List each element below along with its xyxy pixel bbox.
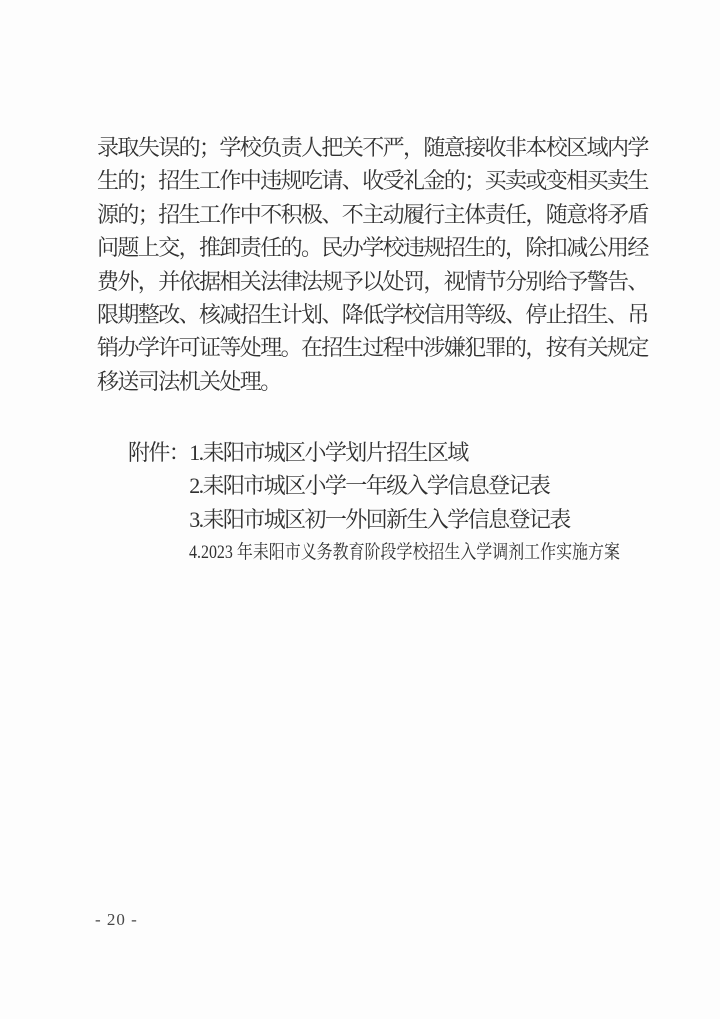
paragraph-line: 移送司法机关处理。 xyxy=(97,365,651,398)
paragraph-line: 问题上交，推卸责任的。民办学校违规招生的，除扣减公用经 xyxy=(97,231,651,264)
attachments-block: 附件： 1.耒阳市城区小学划片招生区域 2.耒阳市城区小学一年级入学信息登记表 … xyxy=(128,436,702,570)
attachment-item: 1.耒阳市城区小学划片招生区域 xyxy=(189,436,702,469)
body-paragraph: 录取失误的；学校负责人把关不严，随意接收非本校区域内学 生的；招生工作中违规吃请… xyxy=(97,131,651,398)
attachments-list: 1.耒阳市城区小学划片招生区域 2.耒阳市城区小学一年级入学信息登记表 3.耒阳… xyxy=(189,436,702,570)
page-number: - 20 - xyxy=(95,910,138,930)
paragraph-line: 源的；招生工作中不积极、不主动履行主体责任，随意将矛盾 xyxy=(97,198,651,231)
paragraph-line: 限期整改、核减招生计划、降低学校信用等级、停止招生、吊 xyxy=(97,298,651,331)
attachment-item: 4.2023 年耒阳市义务教育阶段学校招生入学调剂工作实施方案 xyxy=(189,536,620,569)
paragraph-line: 费外，并依据相关法律法规予以处罚，视情节分别给予警告、 xyxy=(97,265,651,298)
paragraph-line: 销办学许可证等处理。在招生过程中涉嫌犯罪的，按有关规定 xyxy=(97,331,651,364)
paragraph-line: 生的；招生工作中违规吃请、收受礼金的；买卖或变相买卖生 xyxy=(97,164,651,197)
attachment-item: 3.耒阳市城区初一外回新生入学信息登记表 xyxy=(189,503,702,536)
attachments-label: 附件： xyxy=(128,436,189,469)
paragraph-line: 录取失误的；学校负责人把关不严，随意接收非本校区域内学 xyxy=(97,131,651,164)
document-page: 录取失误的；学校负责人把关不严，随意接收非本校区域内学 生的；招生工作中违规吃请… xyxy=(0,0,720,1019)
attachment-item: 2.耒阳市城区小学一年级入学信息登记表 xyxy=(189,469,702,502)
